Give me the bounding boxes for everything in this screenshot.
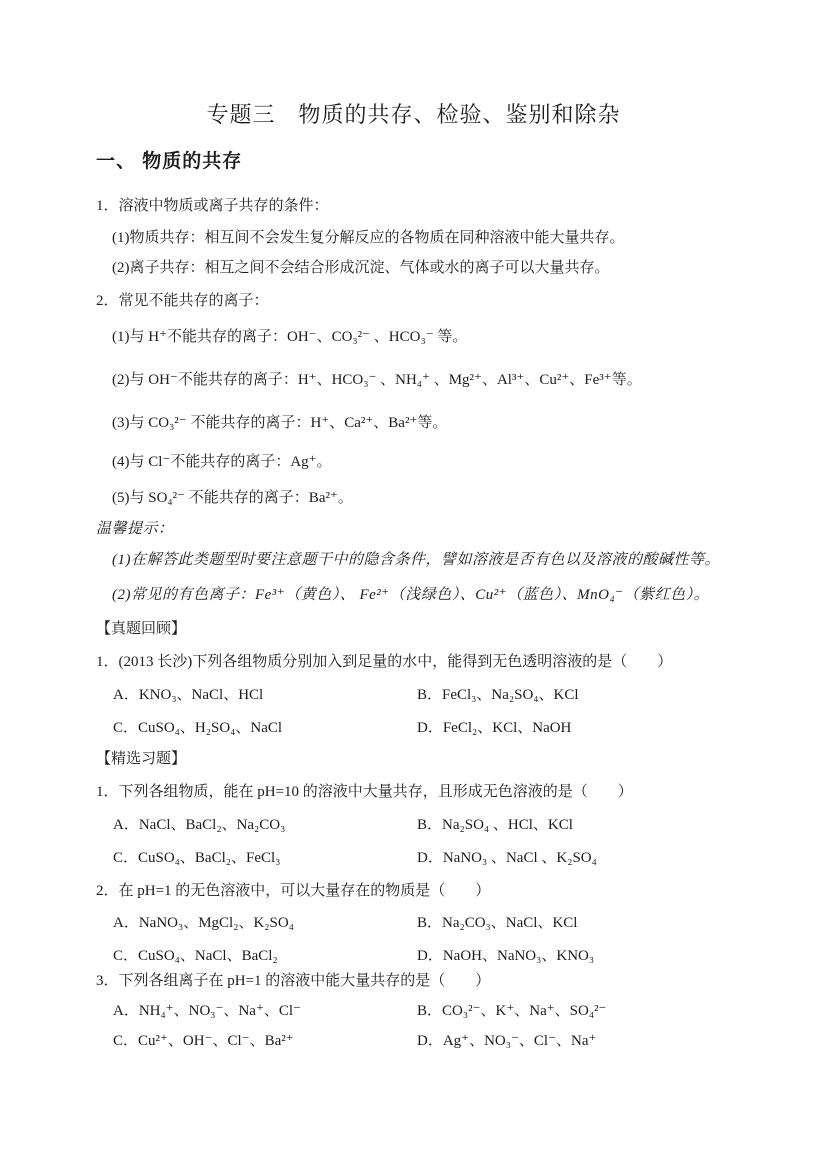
jingxuan-q1-option-d: D．NaNO₃ 、NaCl 、K₂SO₄ — [417, 849, 597, 868]
tips-lead: 温馨提示： — [96, 520, 174, 539]
zhenti-q1-option-d: D．FeCl₂、KCl、NaOH — [417, 719, 571, 738]
zhenti-q1-option-c: C．CuSO₄、H₂SO₄、NaCl — [113, 719, 282, 738]
doc-title: 专题三 物质的共存、检验、鉴别和除杂 — [0, 101, 827, 129]
jingxuan-q1-option-b: B．Na₂SO₄ 、HCl、KCl — [417, 816, 573, 835]
item2-sub4: (4)与 Cl⁻不能共存的离子：Ag⁺。 — [112, 453, 332, 472]
jingxuan-q3-stem: 3．下列各组离子在 pH=1 的溶液中能大量共存的是（ ） — [96, 972, 490, 991]
item1-lead: 1．溶液中物质或离子共存的条件： — [96, 197, 329, 216]
item2-lead: 2．常见不能共存的离子： — [96, 292, 269, 311]
document-page: 专题三 物质的共存、检验、鉴别和除杂 一、 物质的共存 1．溶液中物质或离子共存… — [0, 0, 827, 1169]
zhenti-q1-option-b: B．FeCl₃、Na₂SO₄、KCl — [417, 686, 579, 705]
jingxuan-q2-option-c: C．CuSO₄、NaCl、BaCl₂ — [113, 947, 278, 966]
jingxuan-q3-option-d: D．Ag⁺、NO₃⁻、Cl⁻、Na⁺ — [417, 1032, 596, 1051]
jingxuan-q3-option-c: C．Cu²⁺、OH⁻、Cl⁻、Ba²⁺ — [113, 1032, 294, 1051]
tips-2: (2)常见的有色离子：Fe³⁺（黄色）、 Fe²⁺（浅绿色）、Cu²⁺（蓝色）、… — [112, 586, 709, 605]
zhenti-q1-stem: 1．(2013 长沙)下列各组物质分别加入到足量的水中，能得到无色透明溶液的是（… — [96, 653, 672, 672]
jingxuan-header: 【精选习题】 — [96, 750, 186, 769]
jingxuan-q1-option-a: A．NaCl、BaCl₂、Na₂CO₃ — [113, 816, 285, 835]
jingxuan-q3-option-b: B．CO₃²⁻、K⁺、Na⁺、SO₄²⁻ — [417, 1002, 606, 1021]
jingxuan-q2-option-b: B．Na₂CO₃、NaCl、KCl — [417, 914, 577, 933]
item2-sub2: (2)与 OH⁻不能共存的离子：H⁺、HCO₃⁻ 、NH₄⁺ 、Mg²⁺、Al³… — [112, 371, 642, 390]
item1-sub2: (2)离子共存：相互之间不会结合形成沉淀、气体或水的离子可以大量共存。 — [112, 259, 610, 278]
item2-sub1: (1)与 H⁺不能共存的离子：OH⁻、CO₃²⁻ 、HCO₃⁻ 等。 — [112, 328, 467, 347]
section1-heading: 一、 物质的共存 — [96, 150, 242, 174]
jingxuan-q2-option-a: A．NaNO₃、MgCl₂、K₂SO₄ — [113, 914, 294, 933]
item1-sub1: (1)物质共存：相互间不会发生复分解反应的各物质在同种溶液中能大量共存。 — [112, 229, 625, 248]
jingxuan-q1-stem: 1．下列各组物质，能在 pH=10 的溶液中大量共存，且形成无色溶液的是（ ） — [96, 783, 633, 802]
item2-sub3: (3)与 CO₃²⁻ 不能共存的离子：H⁺、Ca²⁺、Ba²⁺等。 — [112, 414, 447, 433]
zhenti-q1-option-a: A．KNO₃、NaCl、HCl — [113, 686, 263, 705]
tips-1: (1)在解答此类题型时要注意题干中的隐含条件，譬如溶液是否有色以及溶液的酸碱性等… — [112, 551, 720, 570]
jingxuan-q3-option-a: A．NH₄⁺、NO₃⁻、Na⁺、Cl⁻ — [113, 1002, 301, 1021]
jingxuan-q2-option-d: D．NaOH、NaNO₃、KNO₃ — [417, 947, 594, 966]
zhenti-header: 【真题回顾】 — [96, 620, 186, 639]
item2-sub5: (5)与 SO₄²⁻ 不能共存的离子：Ba²⁺。 — [112, 489, 353, 508]
jingxuan-q1-option-c: C．CuSO₄、BaCl₂、FeCl₃ — [113, 849, 280, 868]
jingxuan-q2-stem: 2．在 pH=1 的无色溶液中，可以大量存在的物质是（ ） — [96, 882, 490, 901]
